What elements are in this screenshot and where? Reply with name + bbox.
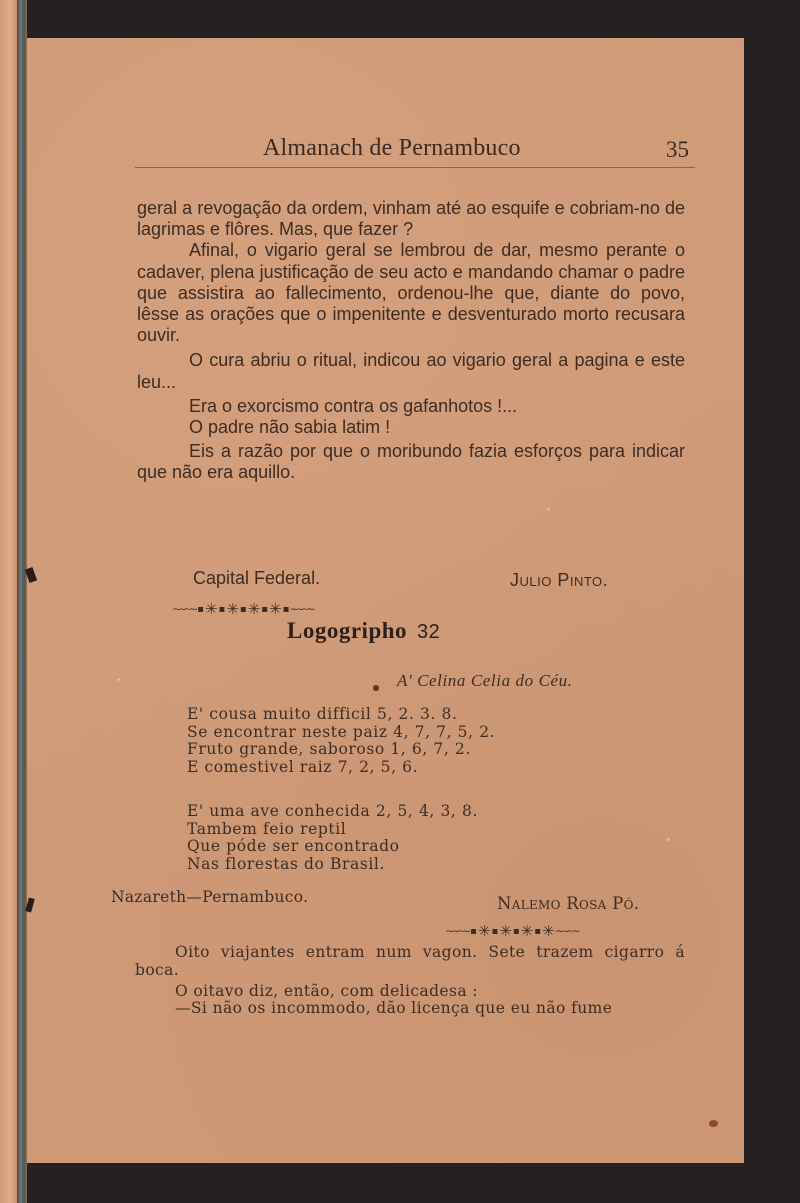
verse-line: Que póde ser encontrado [187, 838, 478, 856]
verse-line: Tambem feio reptil [187, 821, 478, 839]
story-paragraph: Afinal, o vigario geral se lembrou de da… [137, 240, 685, 346]
section-divider-ornament: ∼∽∼ ▪ ✳ ▪ ✳ ▪ ✳ ▪ ✳ ▪ ∼∽∼ [172, 602, 314, 616]
book-page: Almanach de Pernambuco 35 geral a revoga… [27, 38, 744, 1163]
star-ornament-icon: ✳ [226, 600, 238, 618]
section-divider-ornament: ∼∽∼ ▪ ✳ ▪ ✳ ▪ ✳ ▪ ✳ ∼∽∼ [445, 924, 579, 938]
logogripho-title: Logogripho [287, 618, 407, 643]
squiggle-ornament: ∼∽∼ [289, 602, 313, 616]
logogripho-number: 32 [417, 621, 440, 643]
story-paragraph: Eis a razão por que o moribundo fazia es… [137, 441, 685, 483]
paper-speck [547, 508, 550, 511]
logogripho-author: Nalemo Rosa Pó. [497, 894, 639, 913]
squiggle-ornament: ∼∽∼ [445, 924, 469, 938]
story-place: Capital Federal. [193, 568, 320, 589]
anecdote-text: Oito viajantes entram num vagon. Sete tr… [135, 944, 685, 1018]
paper-speck [277, 578, 280, 581]
story-text: geral a revogação da ordem, vinham até a… [137, 198, 685, 484]
page-number: 35 [666, 137, 689, 163]
paper-stain [373, 685, 379, 691]
story-paragraph: Era o exorcismo contra os gafanhotos !..… [137, 396, 685, 417]
logogripho-place: Nazareth—Pernambuco. [111, 888, 308, 906]
star-ornament-icon: ✳ [499, 922, 511, 940]
anecdote-paragraph: Oito viajantes entram num vagon. Sete tr… [135, 944, 685, 980]
running-title: Almanach de Pernambuco [263, 135, 521, 162]
star-ornament-icon: ✳ [205, 600, 217, 618]
page-tear-mark [25, 897, 34, 912]
verse-line: Fruto grande, saboroso 1, 6, 7, 2. [187, 741, 495, 759]
running-head: Almanach de Pernambuco 35 [135, 133, 695, 168]
star-ornament-icon: ✳ [521, 922, 533, 940]
verse-line: E' cousa muito difficil 5, 2. 3. 8. [187, 706, 495, 724]
anecdote-paragraph: O oitavo diz, então, com delicadesa : [135, 983, 685, 1001]
logogripho-stanza-2: E' uma ave conhecida 2, 5, 4, 3, 8. Tamb… [187, 803, 478, 873]
logogripho-heading: Logogripho32 [287, 618, 440, 644]
story-paragraph: O padre não sabia latim ! [137, 417, 685, 438]
book-binding-edge [0, 0, 17, 1203]
star-ornament-icon: ✳ [248, 600, 260, 618]
page-tear-mark [25, 567, 37, 583]
verse-line: Se encontrar neste paiz 4, 7, 7, 5, 2. [187, 724, 495, 742]
paper-speck [117, 678, 120, 681]
squiggle-ornament: ∼∽∼ [555, 924, 579, 938]
verse-line: E comestivel raiz 7, 2, 5, 6. [187, 759, 495, 777]
star-ornament-icon: ✳ [542, 922, 554, 940]
story-paragraph: O cura abriu o ritual, indicou ao vigari… [137, 350, 685, 392]
book-spine-line [17, 0, 27, 1203]
paper-stain [709, 1120, 718, 1127]
verse-line: Nas florestas do Brasil. [187, 856, 478, 874]
star-ornament-icon: ✳ [269, 600, 281, 618]
story-paragraph: geral a revogação da ordem, vinham até a… [137, 198, 685, 240]
star-ornament-icon: ✳ [478, 922, 490, 940]
squiggle-ornament: ∼∽∼ [172, 602, 196, 616]
story-author: Julio Pinto. [510, 570, 608, 591]
logogripho-stanza-1: E' cousa muito difficil 5, 2. 3. 8. Se e… [187, 706, 495, 776]
logogripho-dedication: A' Celina Celia do Céu. [397, 671, 573, 691]
paper-speck [667, 838, 670, 841]
anecdote-paragraph: —Si não os incommodo, dão licença que eu… [135, 1000, 685, 1018]
verse-line: E' uma ave conhecida 2, 5, 4, 3, 8. [187, 803, 478, 821]
